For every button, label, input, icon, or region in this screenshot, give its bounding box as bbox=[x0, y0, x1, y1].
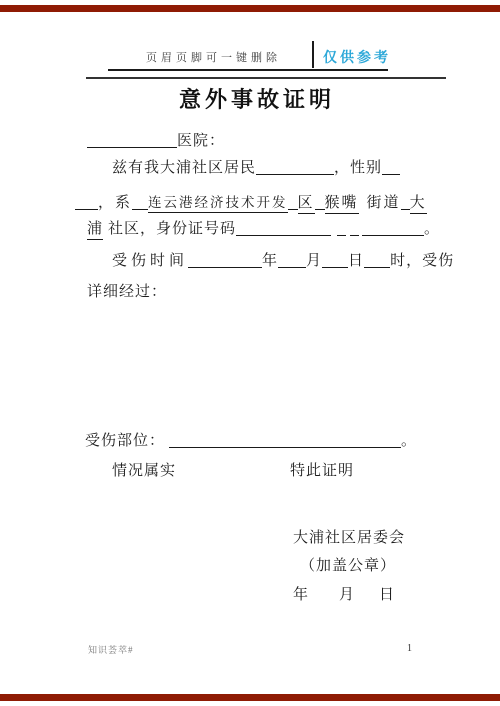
injury-part-line: 受伤部位：。 bbox=[85, 432, 417, 450]
signature-org-line: 大浦社区居委会 bbox=[293, 526, 405, 547]
gender-blank-continuation-field[interactable] bbox=[75, 195, 98, 210]
top-red-bar bbox=[0, 5, 500, 12]
address-line: ，系连云港经济技术开发区猴嘴街道大 bbox=[75, 194, 427, 212]
id-number-short-blank-2[interactable] bbox=[350, 221, 359, 236]
year-blank-field[interactable] bbox=[188, 253, 262, 268]
header-note: 页眉页脚可一键删除 bbox=[146, 49, 281, 65]
houzui-filled-value: 猴嘴 bbox=[325, 195, 359, 214]
hospital-name-blank-field[interactable] bbox=[87, 133, 177, 148]
zone-filled-value: 连云港经济技术开发 bbox=[148, 195, 288, 213]
hereby-certify-label: 特此证明 bbox=[290, 463, 354, 479]
injury-part-blank-field[interactable] bbox=[169, 433, 401, 448]
signature-date-line: 年月日 bbox=[293, 583, 395, 604]
hospital-label: 医院： bbox=[177, 133, 225, 149]
committee-name-label: 大浦社区居委会 bbox=[293, 530, 405, 546]
reference-only-badge: 仅供参考 bbox=[323, 47, 391, 67]
month-blank-field[interactable] bbox=[278, 253, 306, 268]
header-rule-short bbox=[108, 69, 388, 71]
hour-blank-field[interactable] bbox=[364, 253, 390, 268]
official-seal-label: （加盖公章） bbox=[300, 558, 396, 574]
id-line-period: 。 bbox=[424, 221, 440, 237]
district-filled-value: 区 bbox=[298, 195, 315, 214]
detail-label-line: 详细经过： bbox=[87, 283, 167, 301]
da-filled-value: 大 bbox=[410, 195, 427, 214]
zone-gap-blank-2[interactable] bbox=[315, 195, 325, 210]
id-number-blank-field-1[interactable] bbox=[236, 221, 331, 236]
zone-leading-blank-field[interactable] bbox=[132, 195, 148, 210]
document-title: 意外事故证明 bbox=[0, 83, 500, 114]
year-label: 年 bbox=[262, 253, 278, 269]
resident-intro-text: 兹有我大浦社区居民 bbox=[112, 160, 256, 176]
hospital-line: 医院： bbox=[87, 132, 225, 150]
id-number-blank-field-2[interactable] bbox=[362, 221, 424, 236]
document-page: 页眉页脚可一键删除 仅供参考 意外事故证明 医院： 兹有我大浦社区居民，性别 ，… bbox=[0, 0, 500, 706]
gender-blank-field[interactable] bbox=[382, 160, 400, 175]
signature-seal-line: （加盖公章） bbox=[300, 554, 396, 575]
footer-page-number: 1 bbox=[407, 643, 412, 654]
injury-time-suffix: 时，受伤 bbox=[390, 253, 454, 269]
street-label: 街道 bbox=[367, 195, 401, 211]
header-rule-long bbox=[86, 77, 446, 79]
month-label: 月 bbox=[306, 253, 322, 269]
footer-brand-text: 知识荟萃# bbox=[88, 643, 134, 656]
resident-name-blank-field[interactable] bbox=[256, 160, 334, 175]
day-blank-field[interactable] bbox=[322, 253, 348, 268]
id-number-label: 社区，身份证号码 bbox=[108, 221, 236, 237]
zone-gap-blank-1[interactable] bbox=[288, 195, 298, 210]
injury-part-label: 受伤部位： bbox=[85, 433, 165, 449]
date-year-label: 年 bbox=[293, 587, 309, 603]
bottom-red-bar bbox=[0, 694, 500, 701]
belongs-to-text: ，系 bbox=[98, 195, 132, 211]
injury-time-label: 受伤时间 bbox=[112, 253, 188, 269]
situation-true-label: 情况属实 bbox=[112, 463, 176, 479]
pu-filled-value: 浦 bbox=[87, 221, 103, 240]
injury-time-line: 受伤时间年月日时，受伤 bbox=[112, 252, 454, 270]
id-number-line: 浦社区，身份证号码。 bbox=[87, 220, 440, 238]
day-label: 日 bbox=[348, 253, 364, 269]
gender-label: ，性别 bbox=[334, 160, 382, 176]
detail-process-label: 详细经过： bbox=[87, 284, 167, 300]
confirm-right-text: 特此证明 bbox=[290, 462, 354, 480]
resident-line: 兹有我大浦社区居民，性别 bbox=[112, 159, 400, 177]
injury-part-period: 。 bbox=[401, 433, 417, 449]
confirm-left-text: 情况属实 bbox=[112, 462, 176, 480]
header-divider-bar bbox=[312, 41, 314, 68]
id-number-short-blank-1[interactable] bbox=[337, 221, 346, 236]
street-gap-blank[interactable] bbox=[401, 195, 410, 210]
date-day-label: 日 bbox=[379, 587, 395, 603]
date-month-label: 月 bbox=[339, 587, 355, 603]
